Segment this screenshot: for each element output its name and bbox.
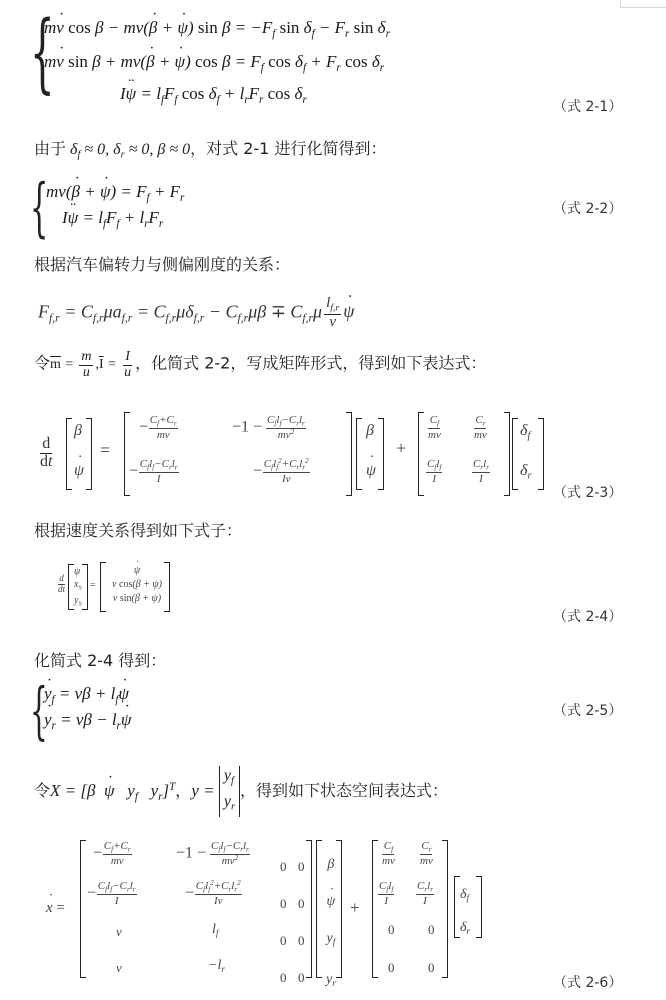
matrix-cell: Crmv xyxy=(474,414,487,441)
inline-math: X = [β ψ yf yr]T xyxy=(50,781,175,800)
state-vector-bracket-right xyxy=(336,840,342,978)
matrix-a-cell: −Cf+Crmv xyxy=(92,840,132,867)
matrix-a-cell: −Cflf−CrlrI xyxy=(86,880,137,907)
derivative-operator: ddt xyxy=(36,436,56,471)
paragraph-simplification: 由于 δf ≈ 0, δr ≈ 0, β ≈ 0，对式 2-1 进行化简得到： xyxy=(34,136,386,161)
matrix-b-cell: 0 xyxy=(428,922,435,938)
vector-rates: ψv cos(β + ψ)v sin(β + ψ) xyxy=(104,564,170,606)
matrix-a-cell: −Cflf2+Crlr2Iv xyxy=(184,880,242,907)
input-vector-bracket-right xyxy=(476,876,482,938)
bracket-left xyxy=(356,418,362,490)
matrix-bracket-right xyxy=(504,412,510,496)
bracket-right xyxy=(378,418,384,490)
equation-line: mv sin β + mv(β + ψ) cos β = Ff cos δf +… xyxy=(44,52,384,74)
input-vector: δfδr xyxy=(460,880,470,946)
equation-number: （式 2-1） xyxy=(553,96,622,116)
equation-line: mv(β + ψ) = Ff + Fr xyxy=(46,182,184,204)
matrix-cell: −Cflf2+Crlr2Iv xyxy=(252,458,310,485)
matrix-bracket-left xyxy=(418,412,424,496)
bracket-right xyxy=(164,562,170,612)
matrix-b-cell: CflfI xyxy=(378,880,394,907)
matrix-a-zero-column: 0000 xyxy=(280,848,287,996)
inline-math: m = mu,I = Iu xyxy=(50,357,135,372)
equation-number: （式 2-3） xyxy=(553,482,622,502)
equation-line: yf = vβ + lfψ xyxy=(44,684,129,706)
paragraph-state-definition: 令X = [β ψ yf yr]T，y = yfyr，得到如下状态空间表达式： xyxy=(34,766,448,817)
matrix-cell: Cfmv xyxy=(428,414,441,441)
equation-number: （式 2-6） xyxy=(553,972,622,992)
matrix-b-cell: 0 xyxy=(388,960,395,976)
bracket-right xyxy=(538,418,544,490)
matrix-cell: −Cf+Crmv xyxy=(138,414,178,441)
vector-state: ψxSyS xyxy=(74,565,82,611)
matrix-a-zero-column: 0000 xyxy=(298,848,305,996)
bracket-left xyxy=(512,418,518,490)
matrix-cell: CflfI xyxy=(426,458,442,485)
vector-entry: β xyxy=(74,422,82,440)
matrix-a-cell: −1 − Cflf−Crlrmv2 xyxy=(176,840,250,867)
equation-line: mv cos β − mv(β + ψ) sin β = −Ff sin δf … xyxy=(44,18,390,40)
matrix-b-cell: 0 xyxy=(388,922,395,938)
matrix-a-cell: lf xyxy=(212,922,218,938)
paragraph-velocity-relation: 根据速度关系得到如下式子： xyxy=(34,518,242,541)
bracket-right xyxy=(86,418,92,490)
matrix-cell: −Cflf−CrlrI xyxy=(128,458,179,485)
bracket-left xyxy=(66,418,72,490)
equation-number: （式 2-5） xyxy=(553,700,622,720)
matrix-a-bracket-left xyxy=(80,840,86,978)
matrix-a-cell: v xyxy=(116,960,122,976)
matrix-b-cell: CrlrI xyxy=(416,880,434,907)
vector-entry: δr xyxy=(520,462,531,482)
equation-number: （式 2-2） xyxy=(553,198,622,218)
vector-entry: ψ xyxy=(366,462,376,480)
matrix-a-bracket-right xyxy=(306,840,312,978)
matrix-a-cell: v xyxy=(116,924,122,940)
bracket-right xyxy=(82,564,88,610)
page-corner-mark xyxy=(620,0,666,8)
paragraph-define-mean: 令m = mu,I = Iu，化简式 2-2，写成矩阵形式，得到如下表达式： xyxy=(34,350,486,380)
plus-sign: + xyxy=(396,438,406,459)
equation-tire-force: Ff,r = Cf,rμaf,r = Cf,rμδf,r − Cf,rμβ ∓ … xyxy=(38,296,354,330)
vector-entry: δf xyxy=(520,422,530,442)
equation-line: Iψ = lfFf + lrFr xyxy=(62,208,163,230)
matrix-cell: −1 − Cflf−Crlrmv2 xyxy=(232,414,306,441)
derivative-operator: ddt xyxy=(58,574,65,595)
matrix-b-bracket-right xyxy=(442,840,448,978)
equation-line: Iψ = lfFf cos δf + lrFr cos δr xyxy=(120,84,307,106)
matrix-bracket-right xyxy=(346,412,352,496)
matrix-cell: CrlrI xyxy=(472,458,490,485)
equals-sign: = xyxy=(90,580,96,591)
equation-number: （式 2-4） xyxy=(553,606,622,626)
paragraph-tire-relation: 根据汽车偏转力与侧偏刚度的关系： xyxy=(34,252,290,275)
equals-sign: = xyxy=(100,440,110,461)
matrix-b-cell: 0 xyxy=(428,960,435,976)
plus-sign: + xyxy=(350,898,360,918)
matrix-b-bracket-left xyxy=(372,840,378,978)
state-vector: βψyfyr xyxy=(326,846,336,1000)
vector-entry: ψ xyxy=(74,462,84,480)
inline-math: δf ≈ 0, δr ≈ 0, β ≈ 0 xyxy=(66,141,190,158)
matrix-b-cell: Crmv xyxy=(420,840,433,867)
matrix-b-cell: Cfmv xyxy=(382,840,395,867)
paragraph-simplify-2-4: 化简式 2-4 得到： xyxy=(34,648,166,671)
matrix-a-cell: −lr xyxy=(208,958,225,974)
state-derivative: x = xyxy=(46,900,65,917)
state-vector-bracket-left xyxy=(316,840,322,978)
equation-line: yr = vβ − lrψ xyxy=(44,710,131,732)
vector-entry: β xyxy=(366,422,374,440)
